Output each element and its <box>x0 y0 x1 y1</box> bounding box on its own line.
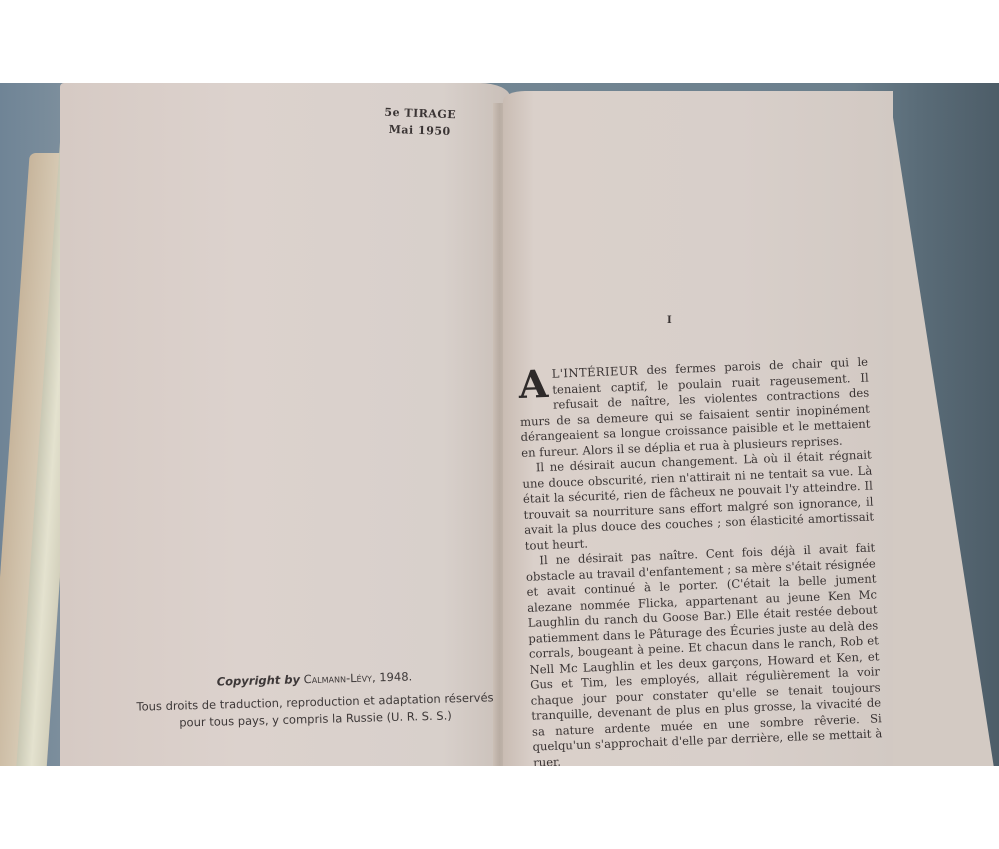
first-word: L'INTÉRIEUR <box>551 363 638 380</box>
chapter-number: I <box>667 315 672 326</box>
paragraph-3: Il ne désirait pas naître. Cent fois déj… <box>525 540 883 766</box>
paragraph-2: Il ne désirait aucun changement. Là où i… <box>522 447 875 553</box>
printing-info: 5e TIRAGE Mai 1950 <box>359 103 480 141</box>
drop-cap: A <box>518 369 549 400</box>
printing-date: Mai 1950 <box>359 120 480 141</box>
chapter-text: AL'INTÉRIEUR des fermes parois de chair … <box>518 355 883 766</box>
publisher-name: Calmann-Lévy <box>304 671 373 687</box>
copyright-prefix: Copyright by <box>217 672 301 688</box>
left-page: 5e TIRAGE Mai 1950 Copyright by Calmann-… <box>60 83 510 766</box>
copyright-notice: Copyright by Calmann-Lévy, 1948. Tous dr… <box>119 666 510 733</box>
book-photo: 5e TIRAGE Mai 1950 Copyright by Calmann-… <box>0 83 999 766</box>
copyright-line: Copyright by Calmann-Lévy, 1948. <box>119 666 509 693</box>
paragraph-1: AL'INTÉRIEUR des fermes parois de chair … <box>518 355 871 461</box>
copyright-year: , 1948. <box>372 669 413 684</box>
